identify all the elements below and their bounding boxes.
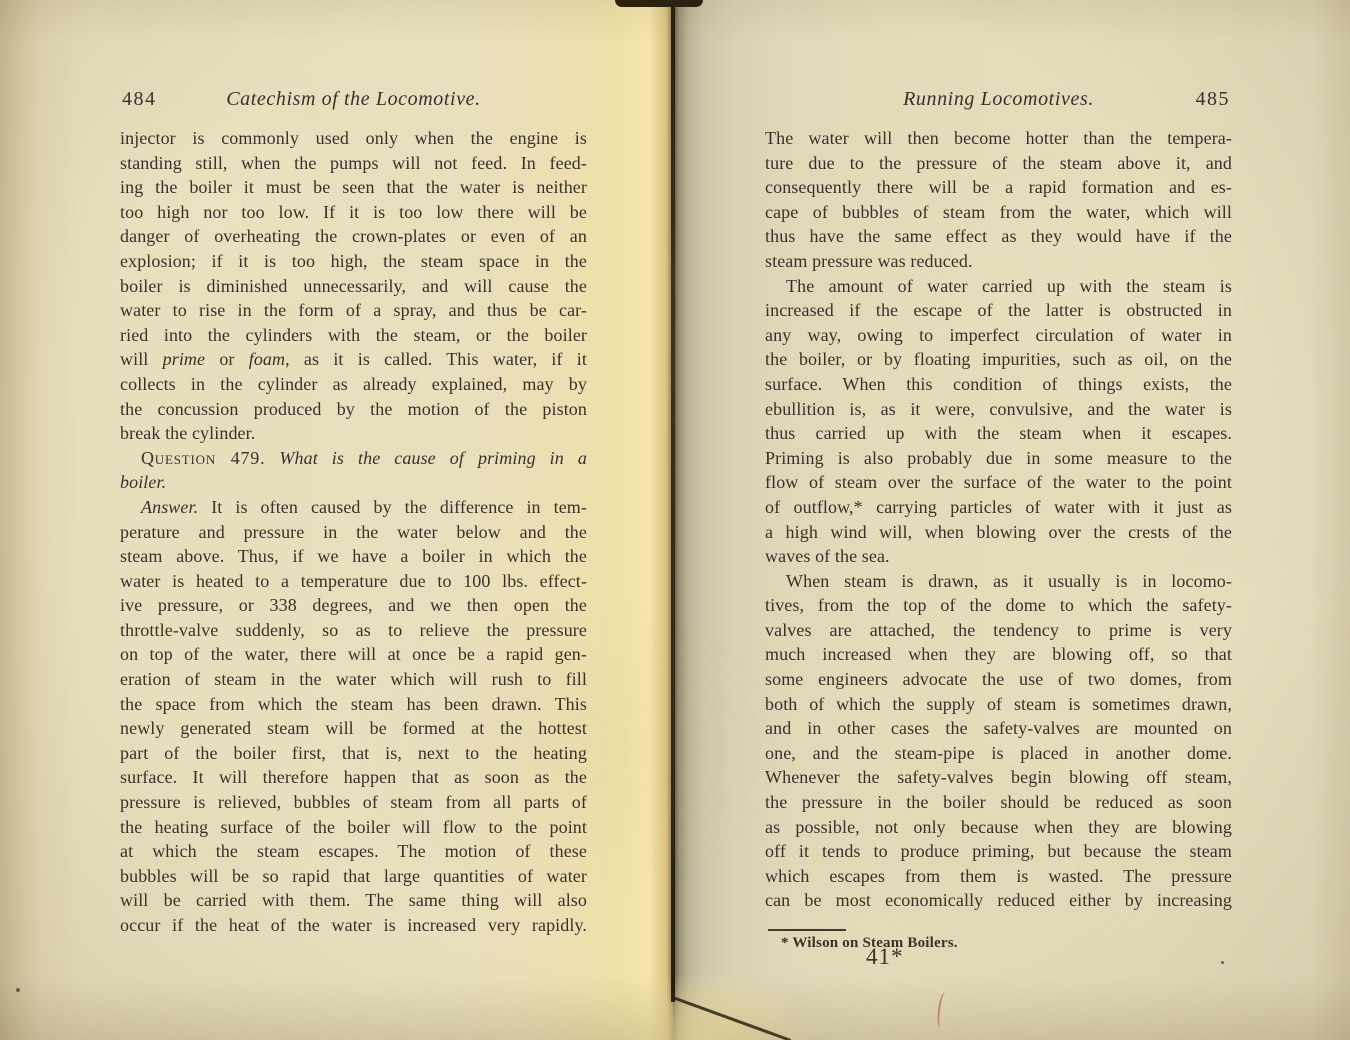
text-line: boiler is diminished unnecessarily, and … [120, 274, 587, 299]
text-line: ried into the cylinders with the steam, … [120, 323, 587, 348]
right-page-header: Running Locomotives. 485 [765, 88, 1232, 116]
paragraph: The amount of water carried up with the … [765, 274, 1232, 569]
text-line: injector is commonly used only when the … [120, 126, 587, 151]
text-line: thus carried up with the steam when it e… [765, 421, 1232, 446]
question-text: What is the cause of priming in a [279, 448, 587, 468]
question-text: boiler. [120, 472, 166, 492]
paragraph-continuation: injector is commonly used only when the … [120, 126, 587, 347]
text-line: water to rise in the form of a spray, an… [120, 298, 587, 323]
text-fragment: , as it is called. This water, if it [285, 349, 587, 369]
text-line: consequently there will be a rapid forma… [765, 175, 1232, 200]
text-line: Priming is also probably due in some mea… [765, 446, 1232, 471]
text-line: the heating surface of the boiler will f… [120, 815, 587, 840]
text-fragment: It is often caused by the difference in … [211, 497, 587, 517]
top-binding-shadow [615, 0, 703, 7]
text-line: a high wind will, when blowing over the … [765, 520, 1232, 545]
text-line: and in other cases the safety-valves are… [765, 716, 1232, 741]
text-line: break the cylinder. [120, 421, 587, 446]
text-line: of outflow,* carrying particles of water… [765, 495, 1232, 520]
text-line: too high nor too low. If it is too low t… [120, 200, 587, 225]
text-line: the boiler, or by floating impurities, s… [765, 347, 1232, 372]
text-line: flow of steam over the surface of the wa… [765, 470, 1232, 495]
text-line: surface. When this condition of things e… [765, 372, 1232, 397]
text-line: eration of steam in the water which will… [120, 667, 587, 692]
text-line: ive pressure, or 338 degrees, and we the… [120, 593, 587, 618]
text-line: The amount of water carried up with the … [765, 274, 1232, 299]
question-heading-line: Question 479. What is the cause of primi… [120, 446, 587, 471]
text-line: When steam is drawn, as it usually is in… [765, 569, 1232, 594]
text-line: the space from which the steam has been … [120, 692, 587, 717]
text-line: surface. It will therefore happen that a… [120, 765, 587, 790]
italic-word-foam: foam [249, 349, 285, 369]
text-line: occur if the heat of the water is increa… [120, 913, 587, 938]
question-heading-line: boiler. [120, 470, 587, 495]
text-line: off it tends to produce priming, but bec… [765, 839, 1232, 864]
left-page-body: injector is commonly used only when the … [120, 126, 587, 938]
text-line: newly generated steam will be formed at … [120, 716, 587, 741]
answer-first-line: Answer. It is often caused by the differ… [120, 495, 587, 520]
paper-speck [1221, 961, 1224, 964]
text-line: pressure is relieved, bubbles of steam f… [120, 790, 587, 815]
left-page-header: 484 Catechism of the Locomotive. [120, 88, 587, 116]
text-line: steam pressure was reduced. [765, 249, 1232, 274]
text-line: cape of bubbles of steam from the water,… [765, 200, 1232, 225]
left-running-title: Catechism of the Locomotive. [120, 88, 587, 111]
paragraph: When steam is drawn, as it usually is in… [765, 569, 1232, 913]
italic-word-prime: prime [163, 349, 206, 369]
text-line: danger of overheating the crown-plates o… [120, 224, 587, 249]
text-line: which escapes from them is wasted. The p… [765, 864, 1232, 889]
paragraph-continuation: The water will then become hotter than t… [765, 126, 1232, 274]
question-label: Question 479. [141, 448, 265, 468]
text-line: thus have the same effect as they would … [765, 224, 1232, 249]
text-line: any way, owing to imperfect circulation … [765, 323, 1232, 348]
gutter-shadow-line [671, 0, 675, 1002]
right-page-number: 485 [1196, 88, 1231, 111]
book-scan: 484 Catechism of the Locomotive. injecto… [0, 0, 1350, 1040]
text-line: part of the boiler first, that is, next … [120, 741, 587, 766]
text-line: bubbles will be so rapid that large quan… [120, 864, 587, 889]
footnote-rule [768, 929, 846, 931]
answer-paragraph: perature and pressure in the water below… [120, 520, 587, 938]
text-line: the pressure in the boiler should be red… [765, 790, 1232, 815]
text-line: ebullition is, as it were, convulsive, a… [765, 397, 1232, 422]
text-line: can be most economically reduced either … [765, 888, 1232, 913]
text-line: throttle-valve suddenly, so as to reliev… [120, 618, 587, 643]
right-running-title: Running Locomotives. [765, 88, 1232, 111]
paragraph-tail: collects in the cylinder as already expl… [120, 372, 587, 446]
text-line: both of which the supply of steam is som… [765, 692, 1232, 717]
text-line: on top of the water, there will at once … [120, 642, 587, 667]
text-line: explosion; if it is too high, the steam … [120, 249, 587, 274]
left-page-number: 484 [122, 88, 157, 111]
text-line: Whenever the safety-valves begin blowing… [765, 765, 1232, 790]
text-line: one, and the steam-pipe is placed in ano… [765, 741, 1232, 766]
text-line: perature and pressure in the water below… [120, 520, 587, 545]
text-line: will be carried with them. The same thin… [120, 888, 587, 913]
right-page-body: The water will then become hotter than t… [765, 126, 1232, 913]
text-line: The water will then become hotter than t… [765, 126, 1232, 151]
text-line: at which the steam escapes. The motion o… [120, 839, 587, 864]
text-line: ing the boiler it must be seen that the … [120, 175, 587, 200]
text-line: as possible, not only because when they … [765, 815, 1232, 840]
text-line: the concussion produced by the motion of… [120, 397, 587, 422]
text-line: ture due to the pressure of the steam ab… [765, 151, 1232, 176]
answer-label: Answer. [141, 497, 198, 517]
text-line: some engineers advocate the use of two d… [765, 667, 1232, 692]
text-line: tives, from the top of the dome to which… [765, 593, 1232, 618]
text-line: collects in the cylinder as already expl… [120, 372, 587, 397]
text-line: standing still, when the pumps will not … [120, 151, 587, 176]
text-line: steam above. Thus, if we have a boiler i… [120, 544, 587, 569]
text-line: water is heated to a temperature due to … [120, 569, 587, 594]
text-line: valves are attached, the tendency to pri… [765, 618, 1232, 643]
text-line: much increased when they are blowing off… [765, 642, 1232, 667]
text-fragment: or [205, 349, 249, 369]
paper-speck [16, 988, 20, 992]
signature-mark: 41* [866, 944, 904, 970]
text-fragment: will [120, 349, 163, 369]
text-line: increased if the escape of the latter is… [765, 298, 1232, 323]
text-line: waves of the sea. [765, 544, 1232, 569]
text-line-with-italics: will prime or foam, as it is called. Thi… [120, 347, 587, 372]
